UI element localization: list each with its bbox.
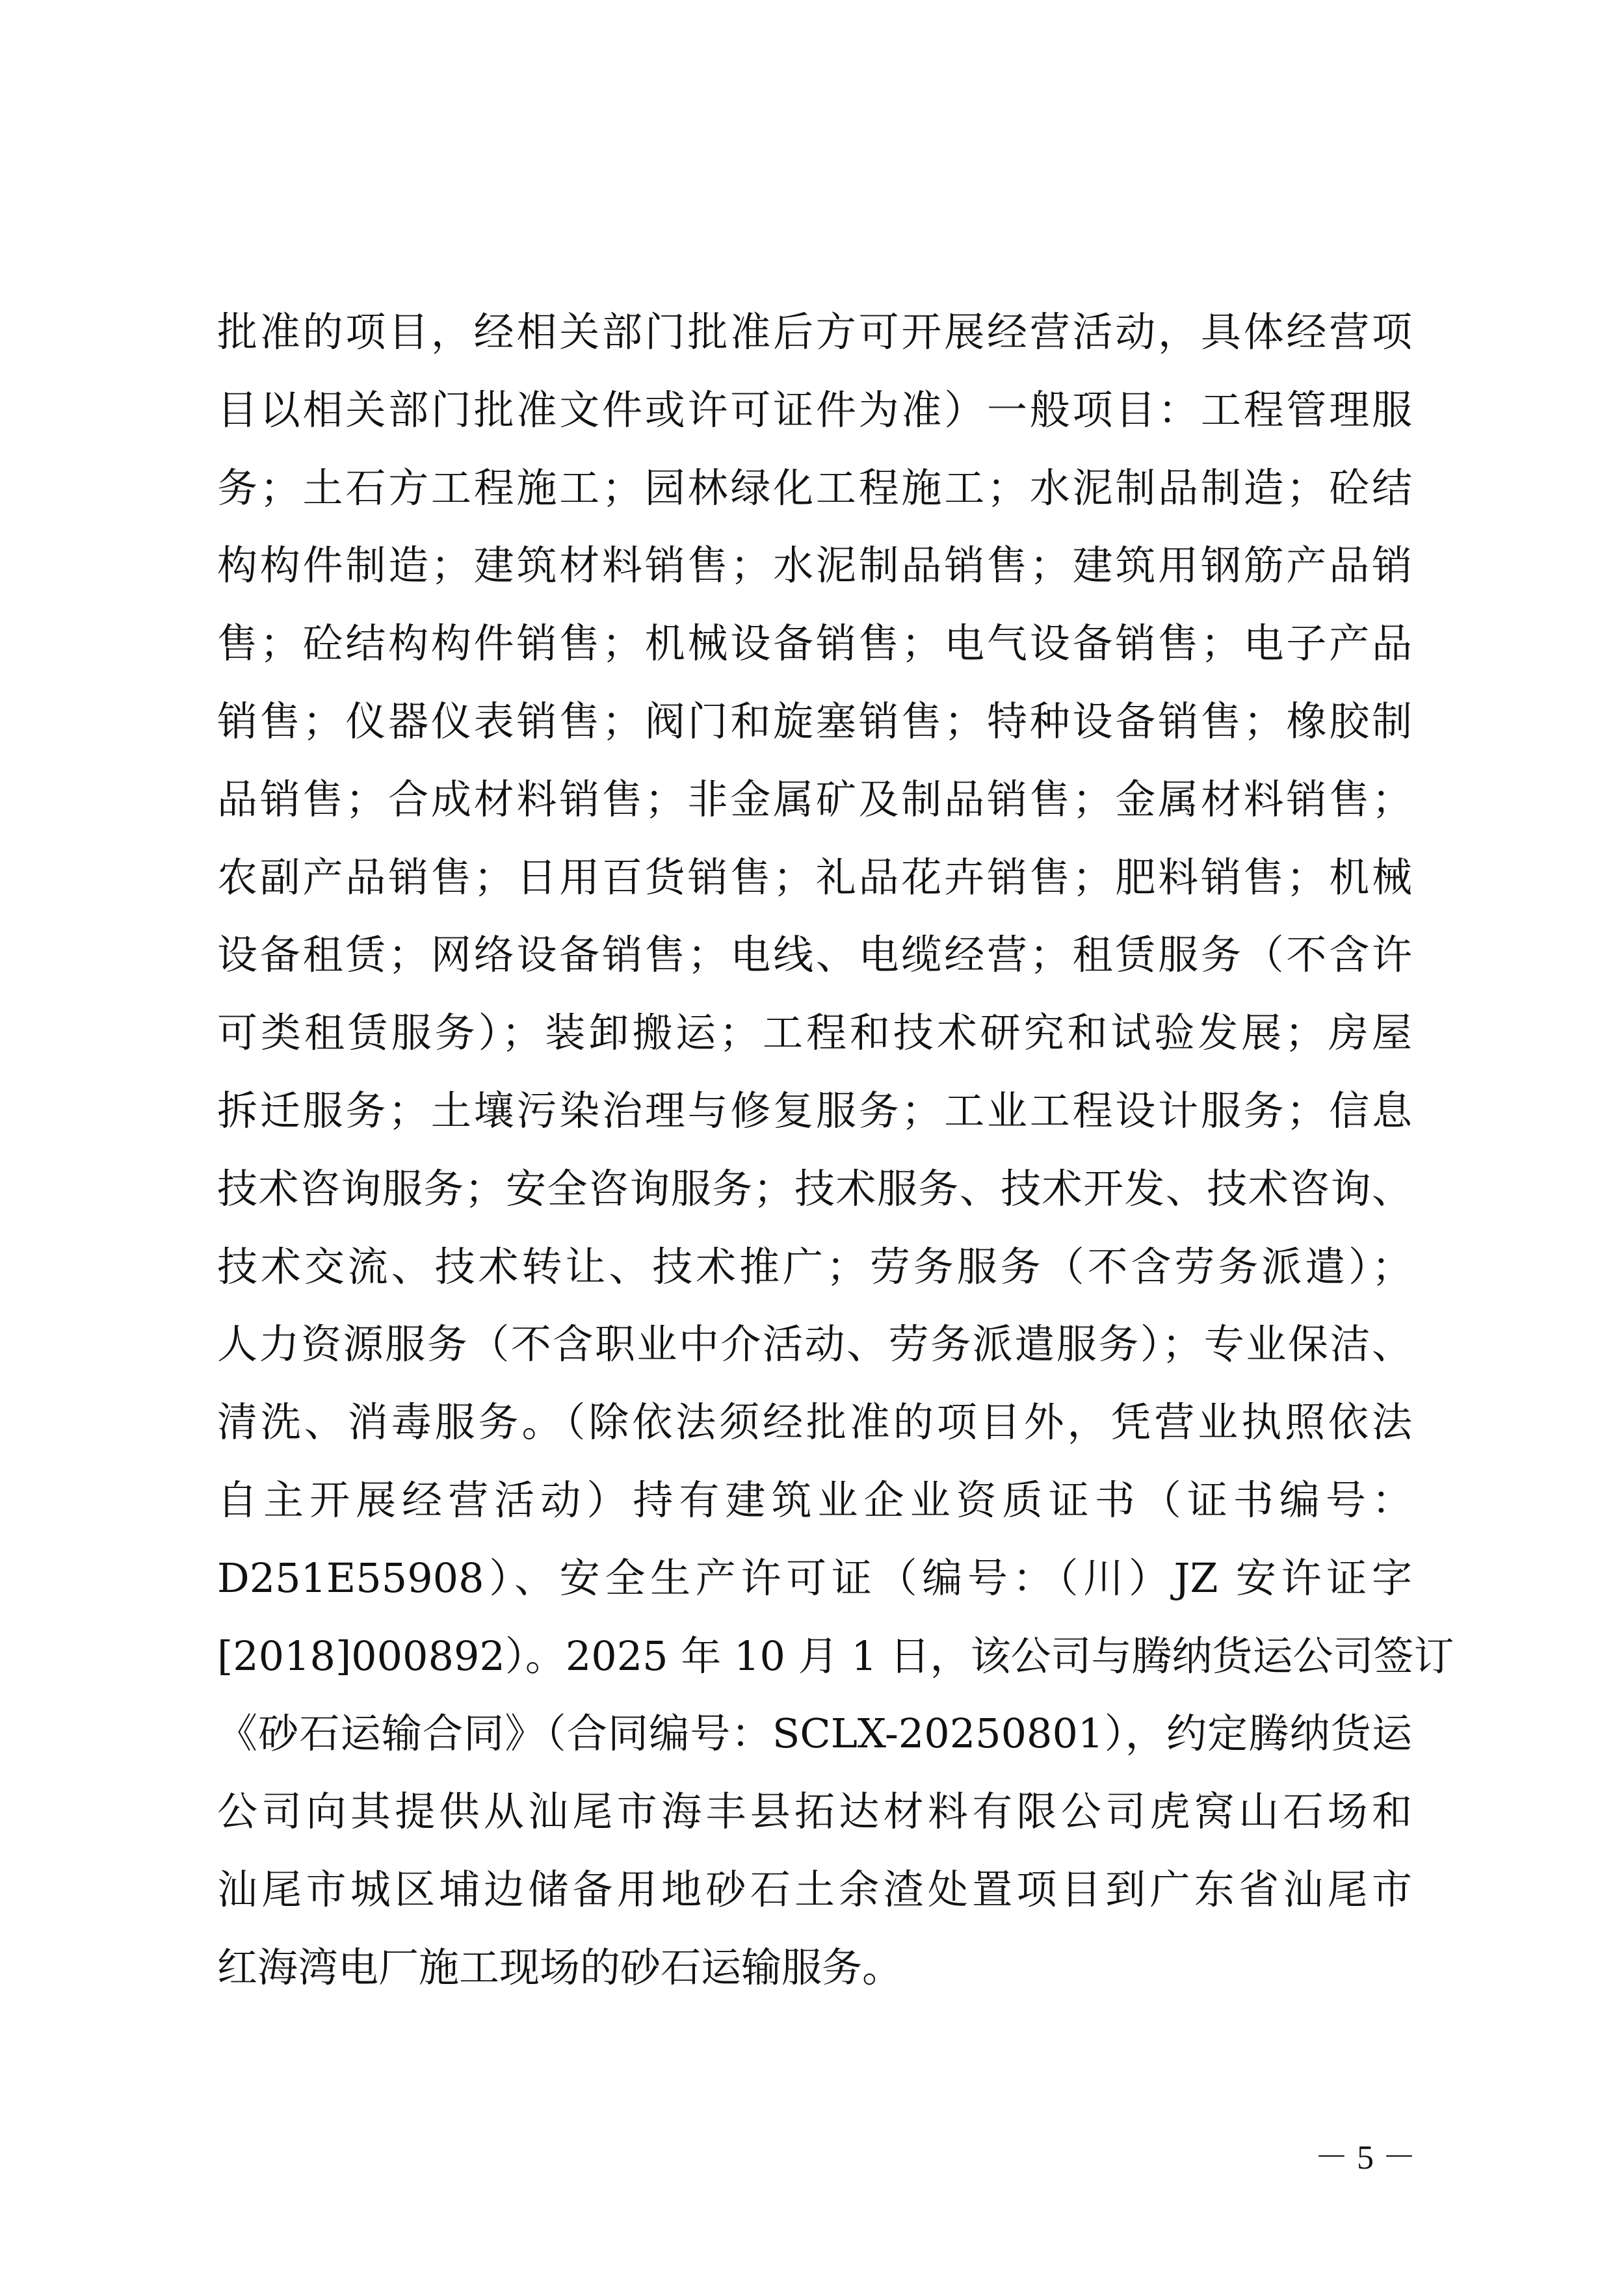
text-line: 清洗、消毒服务。（除依法须经批准的项目外，凭营业执照依法: [217, 1388, 1412, 1466]
text-line: 设备租赁；网络设备销售；电线、电缆经营；租赁服务（不含许: [217, 920, 1412, 998]
document-page: 批准的项目，经相关部门批准后方可开展经营活动，具体经营项 目以相关部门批准文件或…: [0, 0, 1613, 2296]
text-line: 务；土石方工程施工；园林绿化工程施工；水泥制品制造；砼结: [217, 454, 1412, 532]
text-line: 农副产品销售；日用百货销售；礼品花卉销售；肥料销售；机械: [217, 843, 1412, 921]
text-line: 自主开展经营活动）持有建筑业企业资质证书（证书编号：: [217, 1466, 1412, 1544]
text-line: 可类租赁服务）；装卸搬运；工程和技术研究和试验发展；房屋: [217, 998, 1412, 1076]
text-line: 销售；仪器仪表销售；阀门和旋塞销售；特种设备销售；橡胶制: [217, 687, 1412, 765]
text-line: [2018]000892）。2025 年 10 月 1 日，该公司与腾纳货运公司…: [217, 1622, 1412, 1700]
text-line: 批准的项目，经相关部门批准后方可开展经营活动，具体经营项: [217, 298, 1412, 376]
text-line: 技术交流、技术转让、技术推广；劳务服务（不含劳务派遣）；: [217, 1233, 1412, 1311]
text-line-last: 红海湾电厂施工现场的砂石运输服务。: [217, 1933, 1412, 2011]
body-paragraph: 批准的项目，经相关部门批准后方可开展经营活动，具体经营项 目以相关部门批准文件或…: [217, 298, 1412, 2011]
page-number: － 5 －: [1313, 2139, 1417, 2178]
text-line: 人力资源服务（不含职业中介活动、劳务派遣服务）；专业保洁、: [217, 1310, 1412, 1388]
text-line: D251E55908）、安全生产许可证（编号：（川）JZ 安许证字: [217, 1544, 1412, 1622]
text-line: 《砂石运输合同》（合同编号：SCLX-20250801），约定腾纳货运: [217, 1699, 1412, 1777]
text-line: 汕尾市城区埔边储备用地砂石土余渣处置项目到广东省汕尾市: [217, 1855, 1412, 1933]
text-line: 品销售；合成材料销售；非金属矿及制品销售；金属材料销售；: [217, 765, 1412, 843]
text-line: 目以相关部门批准文件或许可证件为准）一般项目：工程管理服: [217, 376, 1412, 454]
text-line: 售；砼结构构件销售；机械设备销售；电气设备销售；电子产品: [217, 609, 1412, 687]
text-line: 公司向其提供从汕尾市海丰县拓达材料有限公司虎窝山石场和: [217, 1777, 1412, 1855]
text-line: 构构件制造；建筑材料销售；水泥制品销售；建筑用钢筋产品销: [217, 531, 1412, 609]
text-line: 技术咨询服务；安全咨询服务；技术服务、技术开发、技术咨询、: [217, 1155, 1412, 1233]
text-line: 拆迁服务；土壤污染治理与修复服务；工业工程设计服务；信息: [217, 1076, 1412, 1155]
